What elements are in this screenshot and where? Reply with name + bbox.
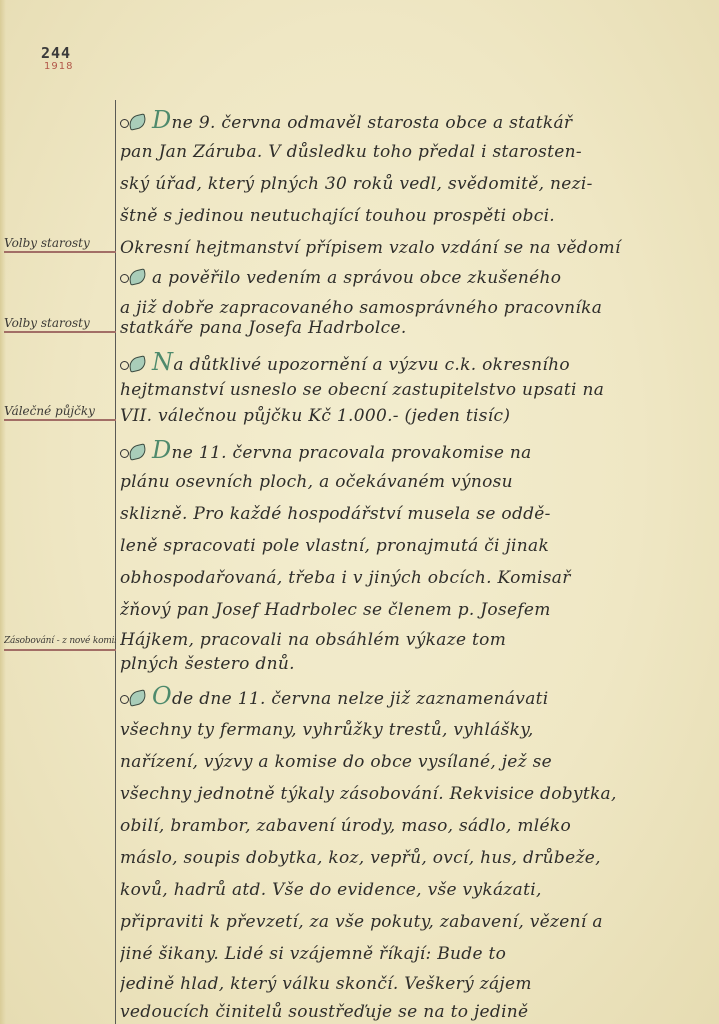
line-text: a již dobře zapracovaného samosprávného … [120, 298, 602, 318]
text-line: všechny jednotně týkaly zásobování. Rekv… [120, 782, 710, 806]
text-line: Okresní hejtmanství přípisem vzalo vzdán… [120, 236, 710, 260]
line-text: de dne 11. června nelze již zaznamenávat… [172, 689, 549, 709]
line-text: štně s jedinou neutuchající touhou prosp… [120, 206, 555, 226]
margin-note-valecne-pujcky: Válečné půjčky [4, 404, 116, 421]
text-line: plných šestero dnů. [120, 652, 710, 676]
text-line: Hájkem, pracovali na obsáhlém výkaze tom [120, 628, 710, 652]
leaf-paragraph-mark-icon [120, 690, 146, 706]
margin-note-zasobovani: Zásobování - z nové komis. [4, 634, 116, 651]
leaf-paragraph-mark-icon [120, 269, 146, 285]
text-line: obilí, brambor, zabavení úrody, maso, sá… [120, 814, 710, 838]
document-page: 244 1918 Volby starosty Volby starosty V… [0, 0, 719, 1024]
line-text: všechny ty fermany, vyhrůžky trestů, vyh… [120, 720, 534, 740]
line-text: vedoucích činitelů soustřeďuje se na to … [120, 1002, 528, 1022]
line-text: Okresní hejtmanství přípisem vzalo vzdán… [120, 238, 621, 258]
line-text: jiné šikany. Lidé si vzájemně říkají: Bu… [120, 944, 506, 964]
text-line: VII. válečnou půjčku Kč 1.000.- (jeden t… [120, 404, 710, 428]
line-text: pan Jan Záruba. V důsledku toho předal i… [120, 142, 582, 162]
text-line: a pověřilo vedením a správou obce zkušen… [120, 266, 710, 290]
page-edge-shadow [0, 0, 6, 1024]
line-text: hejtmanství usneslo se obecní zastupitel… [120, 380, 604, 400]
leaf-paragraph-mark-icon [120, 356, 146, 372]
text-line: Dne 9. června odmavěl starosta obce a st… [120, 108, 710, 135]
text-line: Dne 11. června pracovala provakomise na [120, 438, 710, 465]
text-line: máslo, soupis dobytka, koz, vepřů, ovcí,… [120, 846, 710, 870]
line-text: plánu osevních ploch, a očekávaném výnos… [120, 472, 513, 492]
line-text: připraviti k převzetí, za vše pokuty, za… [120, 912, 603, 932]
line-text: a důtklivé upozornění a výzvu c.k. okres… [173, 355, 570, 375]
green-initial-letter: O [152, 684, 172, 710]
green-initial-letter: D [152, 108, 172, 134]
page-year: 1918 [44, 61, 73, 72]
green-initial-letter: D [152, 438, 172, 464]
text-line: hejtmanství usneslo se obecní zastupitel… [120, 378, 710, 402]
text-line: nařízení, výzvy a komise do obce vysílan… [120, 750, 710, 774]
line-text: sklizně. Pro každé hospodářství musela s… [120, 504, 551, 524]
line-text: a pověřilo vedením a správou obce zkušen… [152, 268, 561, 288]
line-text: jedině hlad, který válku skončí. Veškerý… [120, 974, 532, 994]
line-text: všechny jednotně týkaly zásobování. Rekv… [120, 784, 617, 804]
text-line: pan Jan Záruba. V důsledku toho předal i… [120, 140, 710, 164]
text-line: jiné šikany. Lidé si vzájemně říkají: Bu… [120, 942, 710, 966]
text-line: žňový pan Josef Hadrbolec se členem p. J… [120, 598, 710, 622]
line-text: obhospodařovaná, třeba i v jiných obcích… [120, 568, 571, 588]
line-text: kovů, hadrů atd. Vše do evidence, vše vy… [120, 880, 542, 900]
line-text: ne 9. června odmavěl starosta obce a sta… [172, 113, 573, 133]
text-line: Na důtklivé upozornění a výzvu c.k. okre… [120, 350, 710, 377]
margin-note-volby-starosty: Volby starosty [4, 236, 116, 253]
page-number: 244 [41, 44, 71, 62]
line-text: nařízení, výzvy a komise do obce vysílan… [120, 752, 552, 772]
line-text: obilí, brambor, zabavení úrody, maso, sá… [120, 816, 571, 836]
line-text: plných šestero dnů. [120, 654, 295, 674]
text-line: všechny ty fermany, vyhrůžky trestů, vyh… [120, 718, 710, 742]
leaf-paragraph-mark-icon [120, 444, 146, 460]
text-line: ský úřad, který plných 30 roků vedl, svě… [120, 172, 710, 196]
text-line: štně s jedinou neutuchající touhou prosp… [120, 204, 710, 228]
line-text: VII. válečnou půjčku Kč 1.000.- (jeden t… [120, 406, 510, 426]
text-line: připraviti k převzetí, za vše pokuty, za… [120, 910, 710, 934]
line-text: ský úřad, který plných 30 roků vedl, svě… [120, 174, 593, 194]
text-line: obhospodařovaná, třeba i v jiných obcích… [120, 566, 710, 590]
text-line: sklizně. Pro každé hospodářství musela s… [120, 502, 710, 526]
green-initial-letter: N [152, 350, 173, 376]
leaf-paragraph-mark-icon [120, 114, 146, 130]
text-line: kovů, hadrů atd. Vše do evidence, vše vy… [120, 878, 710, 902]
line-text: máslo, soupis dobytka, koz, vepřů, ovcí,… [120, 848, 601, 868]
line-text: ne 11. června pracovala provakomise na [172, 443, 532, 463]
line-text: žňový pan Josef Hadrbolec se členem p. J… [120, 600, 551, 620]
text-line: statkáře pana Josefa Hadrbolce. [120, 316, 710, 340]
text-line: leně spracovati pole vlastní, pronajmutá… [120, 534, 710, 558]
line-text: leně spracovati pole vlastní, pronajmutá… [120, 536, 549, 556]
text-line: vedoucích činitelů soustřeďuje se na to … [120, 1000, 710, 1024]
line-text: statkáře pana Josefa Hadrbolce. [120, 318, 407, 338]
text-line: Ode dne 11. června nelze již zaznamenáva… [120, 684, 710, 711]
line-text: Hájkem, pracovali na obsáhlém výkaze tom [120, 630, 506, 650]
text-line: plánu osevních ploch, a očekávaném výnos… [120, 470, 710, 494]
text-line: jedině hlad, který válku skončí. Veškerý… [120, 972, 710, 996]
margin-note-volby-starosty-2: Volby starosty [4, 316, 116, 333]
